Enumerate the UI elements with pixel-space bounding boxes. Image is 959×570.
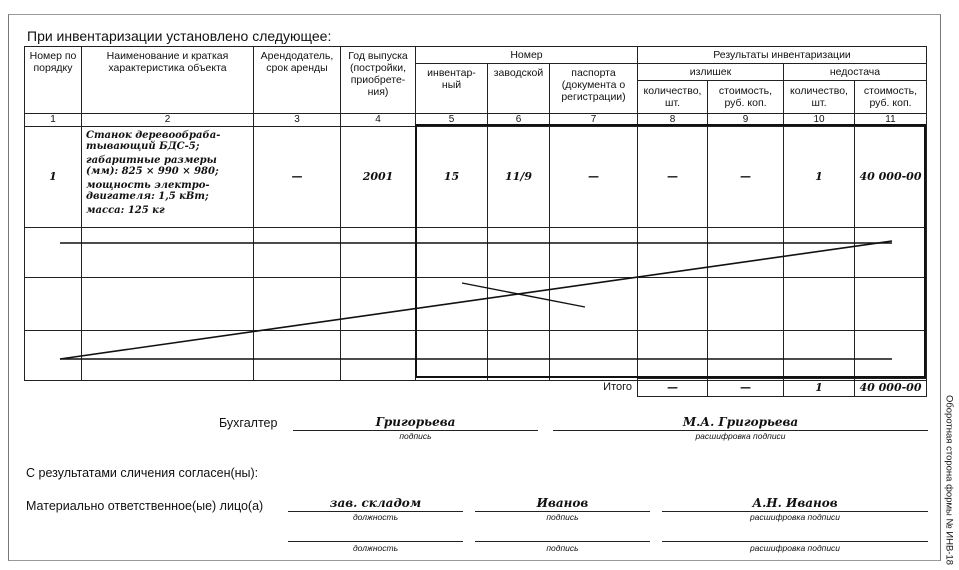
header-col5: инвентар-ный — [416, 64, 488, 114]
accountant-name-field[interactable]: М.А. Григорьева — [553, 414, 928, 431]
agreement-label: С результатами сличения согласен(ны): — [26, 466, 258, 480]
header-col2: Наименование и краткая характеристика об… — [82, 47, 254, 114]
surplus-value-cell: — — [708, 127, 784, 228]
column-number: 1 — [25, 114, 82, 127]
header-group-shortage: недостача — [784, 64, 927, 81]
responsible-position-field[interactable] — [288, 525, 463, 542]
total-surplus-value: — — [708, 379, 784, 397]
header-col11: стоимость, руб. коп. — [855, 81, 927, 114]
table-row: 1 Станок деревообраба-тывающий БДС-5; га… — [25, 127, 927, 228]
signature-caption: подпись — [475, 512, 650, 522]
responsible-person-label: Материально ответственное(ые) лицо(а) — [26, 499, 263, 513]
header-col10: количество, шт. — [784, 81, 855, 114]
header-col1: Номер по порядку — [25, 47, 82, 114]
description-line: габаритные размеры (мм): 825 × 990 × 980… — [86, 155, 249, 177]
header-group-surplus: излишек — [638, 64, 784, 81]
header-col3: Арендодатель, срок аренды — [254, 47, 341, 114]
column-number: 3 — [254, 114, 341, 127]
description-line: Станок деревообраба-тывающий БДС-5; — [86, 130, 249, 152]
responsible-position-field[interactable]: зав. складом — [288, 495, 463, 512]
total-shortage-value: 40 000-00 — [855, 379, 927, 397]
description-line: мощность электро-двигателя: 1,5 кВт; — [86, 180, 249, 202]
object-description: Станок деревообраба-тывающий БДС-5; габа… — [82, 127, 254, 228]
name-caption: расшифровка подписи — [662, 512, 928, 522]
column-number: 4 — [341, 114, 416, 127]
inventory-table: Номер по порядку Наименование и краткая … — [24, 46, 927, 381]
accountant-signature-caption: подпись — [293, 431, 538, 441]
row-number: 1 — [25, 127, 82, 228]
total-surplus-qty: — — [638, 379, 708, 397]
header-col4: Год выпуска (постройки, приобрете-ния) — [341, 47, 416, 114]
empty-row — [25, 331, 927, 381]
header-col6: заводской — [488, 64, 550, 114]
responsible-signature-field[interactable]: Иванов — [475, 495, 650, 512]
column-number: 5 — [416, 114, 488, 127]
year-cell: 2001 — [341, 127, 416, 228]
empty-row — [25, 278, 927, 331]
accountant-signature-field[interactable]: Григорьева — [293, 414, 538, 431]
surplus-qty-cell: — — [638, 127, 708, 228]
header-group-results: Результаты инвентаризации — [638, 47, 927, 64]
accountant-label: Бухгалтер — [219, 416, 277, 430]
column-number: 6 — [488, 114, 550, 127]
passport-number-cell: — — [550, 127, 638, 228]
responsible-name-field[interactable] — [662, 525, 928, 542]
lessor-cell: — — [254, 127, 341, 228]
side-caption: Оборотная сторона формы № ИНВ-18 — [942, 405, 956, 555]
shortage-qty-cell: 1 — [784, 127, 855, 228]
section-title: При инвентаризации установлено следующее… — [27, 28, 331, 44]
header-col7: паспорта (документа о регистрации) — [550, 64, 638, 114]
column-number: 2 — [82, 114, 254, 127]
responsible-name-field[interactable]: А.Н. Иванов — [662, 495, 928, 512]
column-numbers-row: 1 2 3 4 5 6 7 8 9 10 11 — [25, 114, 927, 127]
signature-caption: подпись — [475, 543, 650, 553]
shortage-value-cell: 40 000-00 — [855, 127, 927, 228]
name-caption: расшифровка подписи — [662, 543, 928, 553]
responsible-signature-field[interactable] — [475, 525, 650, 542]
position-caption: должность — [288, 512, 463, 522]
factory-number-cell: 11/9 — [488, 127, 550, 228]
column-number: 7 — [550, 114, 638, 127]
totals-label: Итого — [560, 381, 632, 393]
inventory-number-cell: 15 — [416, 127, 488, 228]
header-group-number: Номер — [416, 47, 638, 64]
empty-row — [25, 228, 927, 278]
header-col8: количество, шт. — [638, 81, 708, 114]
column-number: 8 — [638, 114, 708, 127]
accountant-name-caption: расшифровка подписи — [553, 431, 928, 441]
column-number: 10 — [784, 114, 855, 127]
header-col9: стоимость, руб. коп. — [708, 81, 784, 114]
column-number: 11 — [855, 114, 927, 127]
description-line: масса: 125 кг — [86, 205, 249, 216]
totals-table: — — 1 40 000-00 — [637, 378, 927, 397]
total-shortage-qty: 1 — [784, 379, 855, 397]
column-number: 9 — [708, 114, 784, 127]
position-caption: должность — [288, 543, 463, 553]
